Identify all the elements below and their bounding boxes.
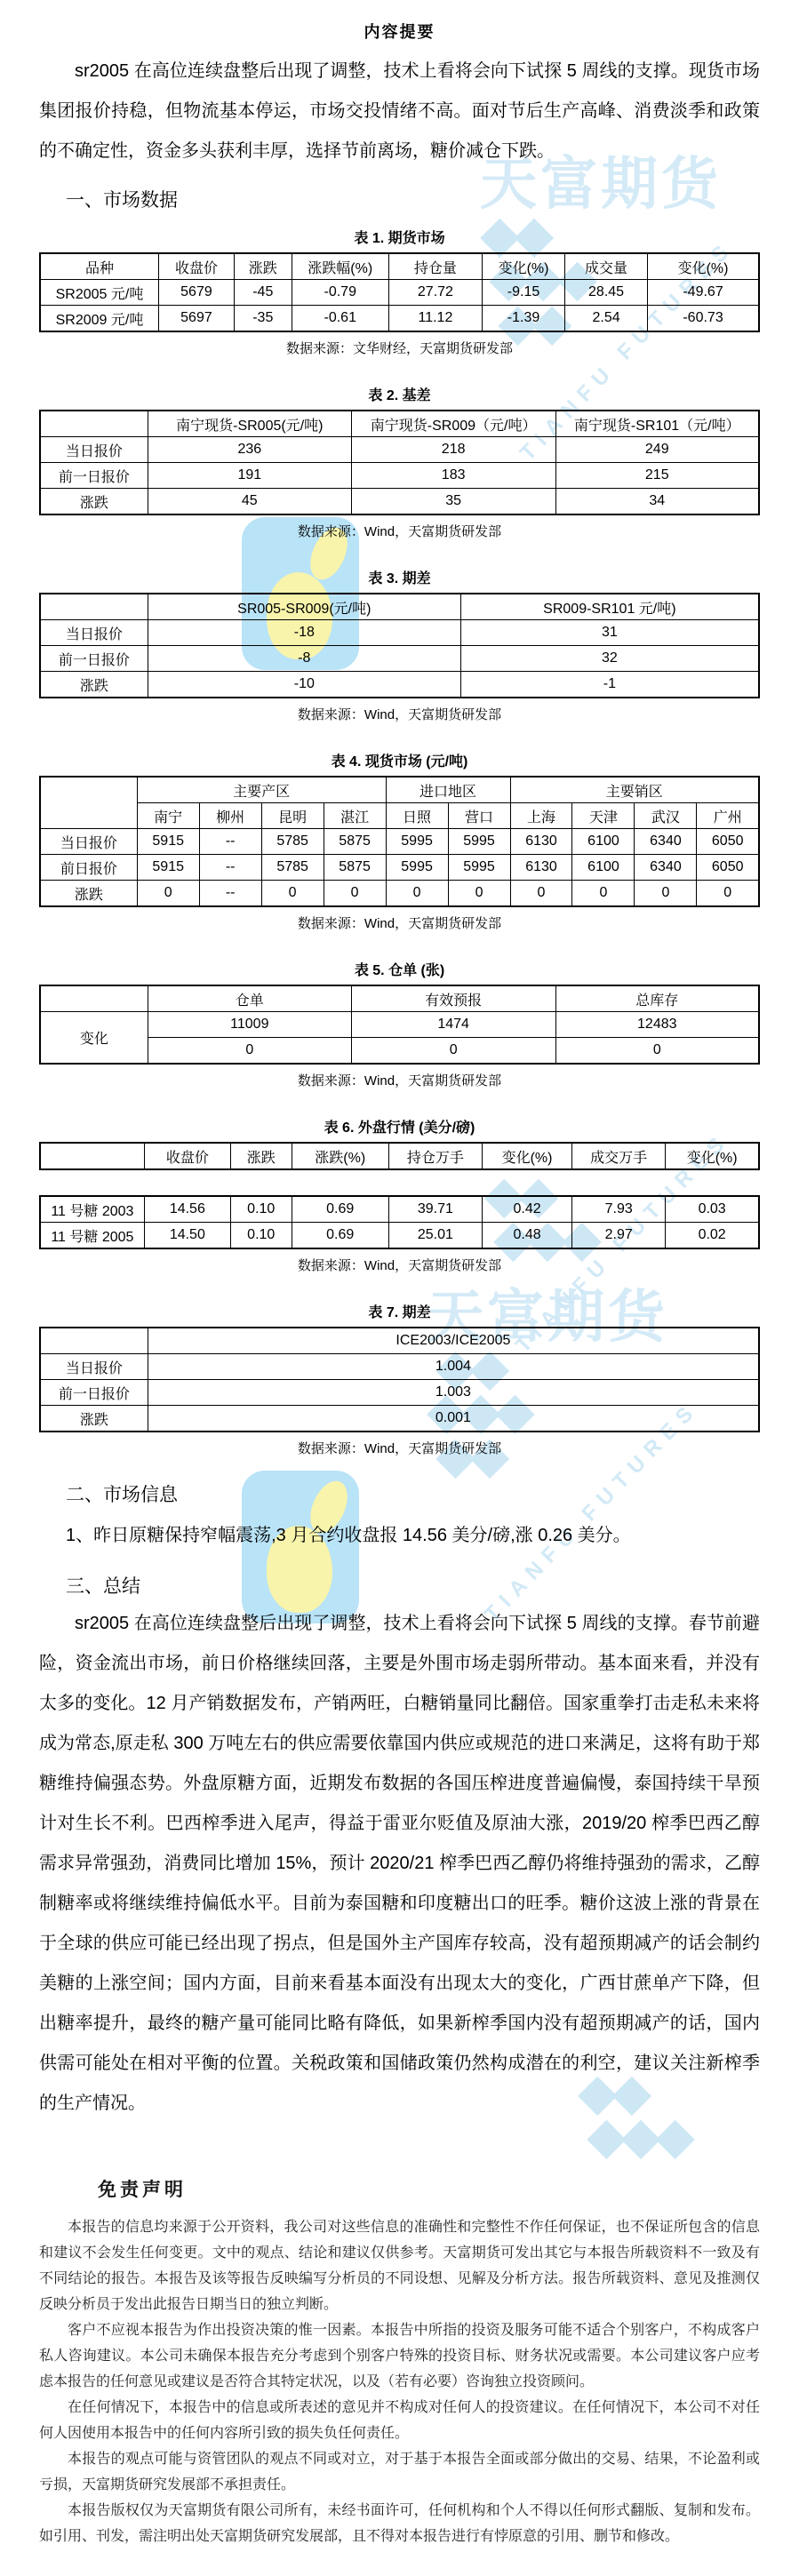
cell: 45 <box>148 489 351 515</box>
cell: SR2005 元/吨 <box>40 280 158 306</box>
table-row: 涨跌 45 35 34 <box>40 489 759 515</box>
cell: -49.67 <box>648 280 759 306</box>
cell: 昆明 <box>261 803 324 829</box>
cell: 涨跌幅(%) <box>292 253 388 280</box>
cell: -- <box>199 855 261 881</box>
section-heading-summary: 三、总结 <box>39 1572 760 1599</box>
disclaimer-paragraph: 在任何情况下，本报告中的信息或所表述的意见并不构成对任何人的投资建议。在任何情况… <box>39 2395 760 2446</box>
cell: 0 <box>635 881 697 907</box>
table-futures-market: 品种 收盘价 涨跌 涨跌幅(%) 持仓量 变化(%) 成交量 变化(%) SR2… <box>39 252 760 332</box>
cell: 涨跌 <box>40 672 148 698</box>
cell <box>40 777 137 829</box>
cell: 0.001 <box>148 1406 759 1432</box>
cell: 变化(%) <box>482 1143 571 1169</box>
table2-caption: 表 2. 基差 <box>39 384 760 404</box>
cell: 当日报价 <box>40 1354 148 1380</box>
cell: 变化(%) <box>483 253 565 280</box>
cell: -0.61 <box>292 306 388 332</box>
table-warehouse-receipts: 仓单 有效预报 总库存 变化 11009 1474 12483 0 0 0 <box>39 985 760 1065</box>
cell: 变化 <box>40 1012 148 1065</box>
cell: 涨跌 <box>40 1406 148 1432</box>
cell: 1474 <box>351 1012 555 1038</box>
cell: 南宁现货-SR005(元/吨) <box>148 411 351 437</box>
cell: -60.73 <box>648 306 759 332</box>
cell: -1 <box>460 672 759 698</box>
cell: 5995 <box>386 855 448 881</box>
cell: -45 <box>234 280 292 306</box>
table-row: 当日报价 1.004 <box>40 1354 759 1380</box>
report-page: 天富期货 ◆◆ ◆◆◆ ◆◆ TIANFU FUTURES ◆◆ ◆◆◆ TIA… <box>0 0 799 2576</box>
cell: 0 <box>148 1038 351 1065</box>
cell: SR009-SR101 元/吨) <box>460 594 759 620</box>
cell: 6130 <box>510 829 572 855</box>
table1-caption: 表 1. 期货市场 <box>39 227 760 247</box>
cell: 变化(%) <box>648 253 759 280</box>
cell: 5785 <box>261 829 324 855</box>
cell: 0 <box>572 881 635 907</box>
cell: 0.02 <box>666 1223 759 1249</box>
cell: 涨跌 <box>234 253 292 280</box>
cell: 前一日报价 <box>40 463 148 489</box>
cell: 0 <box>324 881 386 907</box>
table-row: 前日报价 5915 -- 5785 5875 5995 5995 6130 61… <box>40 855 759 881</box>
cell: 0 <box>510 881 572 907</box>
cell: 天津 <box>572 803 635 829</box>
cell: 柳州 <box>199 803 261 829</box>
cell: 1.004 <box>148 1354 759 1380</box>
cell: 236 <box>148 437 351 463</box>
table-ice-market-header: 收盘价 涨跌 涨跌(%) 持仓万手 变化(%) 成交万手 变化(%) <box>39 1142 760 1170</box>
cell: 成交量 <box>565 253 648 280</box>
cell: 6050 <box>697 829 759 855</box>
cell: 0 <box>137 881 199 907</box>
cell: -1.39 <box>483 306 565 332</box>
cell: 日照 <box>386 803 448 829</box>
table-row: 南宁 柳州 昆明 湛江 日照 营口 上海 天津 武汉 广州 <box>40 803 759 829</box>
cell: 5995 <box>448 855 510 881</box>
table-row: 品种 收盘价 涨跌 涨跌幅(%) 持仓量 变化(%) 成交量 变化(%) <box>40 253 759 280</box>
disclaimer-title: 免责声明 <box>39 2175 760 2202</box>
cell: 前日报价 <box>40 855 137 881</box>
cell: 14.56 <box>144 1196 230 1223</box>
cell: 215 <box>555 463 759 489</box>
cell: 191 <box>148 463 351 489</box>
cell: 上海 <box>510 803 572 829</box>
cell <box>40 1143 144 1169</box>
cell: -- <box>199 881 261 907</box>
cell: SR2009 元/吨 <box>40 306 158 332</box>
cell: 5875 <box>324 855 386 881</box>
cell: 27.72 <box>388 280 482 306</box>
table-ice-market-body: 11 号糖 2003 14.56 0.10 0.69 39.71 0.42 7.… <box>39 1195 760 1249</box>
table6-source: 数据来源：Wind，天富期货研发部 <box>39 1256 760 1274</box>
summary-paragraph: sr2005 在高位连续盘整后出现了调整，技术上看将会向下试探 5 周线的支撑。… <box>39 1604 760 2124</box>
cell: 5785 <box>261 855 324 881</box>
cell: 0.69 <box>292 1223 388 1249</box>
cell: 当日报价 <box>40 620 148 646</box>
cell: 218 <box>351 437 555 463</box>
cell: 2.97 <box>572 1223 666 1249</box>
cell: 2.54 <box>565 306 648 332</box>
table4-caption: 表 4. 现货市场 (元/吨) <box>39 750 760 770</box>
cell <box>40 411 148 437</box>
cell: 收盘价 <box>158 253 234 280</box>
table3-caption: 表 3. 期差 <box>39 567 760 587</box>
table-row: ICE2003/ICE2005 <box>40 1328 759 1354</box>
cell: 0 <box>261 881 324 907</box>
cell: 28.45 <box>565 280 648 306</box>
table-row: 当日报价 -18 31 <box>40 620 759 646</box>
cell: 0 <box>555 1038 759 1065</box>
cell: 进口地区 <box>386 777 510 803</box>
cell: ICE2003/ICE2005 <box>148 1328 759 1354</box>
cell: 有效预报 <box>351 985 555 1012</box>
cell: 5679 <box>158 280 234 306</box>
cell: 6130 <box>510 855 572 881</box>
table-row: SR005-SR009(元/吨) SR009-SR101 元/吨) <box>40 594 759 620</box>
table5-source: 数据来源：Wind，天富期货研发部 <box>39 1071 760 1089</box>
cell: -0.79 <box>292 280 388 306</box>
cell: 南宁现货-SR009（元/吨） <box>351 411 555 437</box>
table-row: 前一日报价 -8 32 <box>40 646 759 672</box>
table-row: 当日报价 236 218 249 <box>40 437 759 463</box>
cell: 5875 <box>324 829 386 855</box>
cell <box>40 985 148 1012</box>
cell: 6340 <box>635 829 697 855</box>
cell: 0.42 <box>482 1196 571 1223</box>
table-row: 南宁现货-SR005(元/吨) 南宁现货-SR009（元/吨） 南宁现货-SR1… <box>40 411 759 437</box>
cell: 前一日报价 <box>40 1380 148 1406</box>
cell <box>40 594 148 620</box>
cell: 11 号糖 2005 <box>40 1223 144 1249</box>
table2-source: 数据来源：Wind，天富期货研发部 <box>39 522 760 540</box>
cell: 32 <box>460 646 759 672</box>
table-row: 当日报价 5915 -- 5785 5875 5995 5995 6130 61… <box>40 829 759 855</box>
cell: 主要销区 <box>510 777 759 803</box>
cell: 1.003 <box>148 1380 759 1406</box>
cell: 5915 <box>137 829 199 855</box>
market-info-item: 1、昨日原糖保持窄幅震荡,3 月合约收盘报 14.56 美分/磅,涨 0.26 … <box>39 1516 760 1556</box>
table6-caption: 表 6. 外盘行情 (美分/磅) <box>39 1116 760 1136</box>
cell: 39.71 <box>388 1196 482 1223</box>
cell: 6100 <box>572 855 635 881</box>
cell: 0 <box>351 1038 555 1065</box>
table7-caption: 表 7. 期差 <box>39 1301 760 1321</box>
table-basis: 南宁现货-SR005(元/吨) 南宁现货-SR009（元/吨） 南宁现货-SR1… <box>39 410 760 515</box>
table-row: 11 号糖 2005 14.50 0.10 0.69 25.01 0.48 2.… <box>40 1223 759 1249</box>
cell: 11 号糖 2003 <box>40 1196 144 1223</box>
cell: 南宁 <box>137 803 199 829</box>
cell: 0 <box>386 881 448 907</box>
cell: 0.03 <box>666 1196 759 1223</box>
cell: 6100 <box>572 829 635 855</box>
table5-caption: 表 5. 仓单 (张) <box>39 959 760 979</box>
cell: 当日报价 <box>40 829 137 855</box>
table-row: 涨跌 0.001 <box>40 1406 759 1432</box>
cell: 南宁现货-SR101（元/吨） <box>555 411 759 437</box>
table4-source: 数据来源：Wind，天富期货研发部 <box>39 913 760 932</box>
cell: -9.15 <box>483 280 565 306</box>
cell: 涨跌 <box>230 1143 292 1169</box>
table-row: 11 号糖 2003 14.56 0.10 0.69 39.71 0.42 7.… <box>40 1196 759 1223</box>
cell: 持仓万手 <box>388 1143 482 1169</box>
cell: 0.69 <box>292 1196 388 1223</box>
disclaimer-paragraph: 本报告版权仅为天富期货有限公司所有，未经书面许可，任何机构和个人不得以任何形式翻… <box>39 2498 760 2549</box>
cell: 6340 <box>635 855 697 881</box>
table6-gap <box>39 1170 760 1195</box>
cell: 0 <box>697 881 759 907</box>
cell: 12483 <box>555 1012 759 1038</box>
table-row: 涨跌 -10 -1 <box>40 672 759 698</box>
table-row: 前一日报价 191 183 215 <box>40 463 759 489</box>
cell: -8 <box>148 646 460 672</box>
cell: 5995 <box>386 829 448 855</box>
cell: 31 <box>460 620 759 646</box>
section-heading-market-info: 二、市场信息 <box>39 1480 760 1507</box>
cell: 5995 <box>448 829 510 855</box>
cell: 6050 <box>697 855 759 881</box>
disclaimer-paragraph: 本报告的观点可能与资管团队的观点不同或对立，对于基于本报告全面或部分做出的交易、… <box>39 2446 760 2498</box>
cell: 0.48 <box>482 1223 571 1249</box>
cell: 34 <box>555 489 759 515</box>
cell: 25.01 <box>388 1223 482 1249</box>
cell: 品种 <box>40 253 158 280</box>
disclaimer-paragraph: 本报告的信息均来源于公开资料，我公司对这些信息的准确性和完整性不作任何保证，也不… <box>39 2214 760 2317</box>
cell: 广州 <box>697 803 759 829</box>
disclaimer-paragraph: 客户不应视本报告为作出投资决策的惟一因素。本报告中所指的投资及服务可能不适合个别… <box>39 2317 760 2395</box>
cell: SR005-SR009(元/吨) <box>148 594 460 620</box>
table-row: 仓单 有效预报 总库存 <box>40 985 759 1012</box>
cell: 35 <box>351 489 555 515</box>
cell: -35 <box>234 306 292 332</box>
table-row: 涨跌 0 -- 0 0 0 0 0 0 0 0 <box>40 881 759 907</box>
cell: 涨跌 <box>40 489 148 515</box>
cell: 0.10 <box>230 1223 292 1249</box>
page-title: 内容提要 <box>39 20 760 43</box>
cell: 主要产区 <box>137 777 386 803</box>
cell: 成交万手 <box>572 1143 666 1169</box>
cell: -- <box>199 829 261 855</box>
cell: 249 <box>555 437 759 463</box>
cell: 仓单 <box>148 985 351 1012</box>
table-row: 收盘价 涨跌 涨跌(%) 持仓万手 变化(%) 成交万手 变化(%) <box>40 1143 759 1169</box>
table1-source: 数据来源：文华财经，天富期货研发部 <box>39 339 760 357</box>
intro-paragraph: sr2005 在高位连续盘整后出现了调整，技术上看将会向下试探 5 周线的支撑。… <box>39 52 760 171</box>
table-calendar-spread: SR005-SR009(元/吨) SR009-SR101 元/吨) 当日报价 -… <box>39 593 760 698</box>
cell: 变化(%) <box>666 1143 759 1169</box>
cell: 5697 <box>158 306 234 332</box>
cell: 总库存 <box>555 985 759 1012</box>
cell: 前一日报价 <box>40 646 148 672</box>
table-row: SR2009 元/吨 5697 -35 -0.61 11.12 -1.39 2.… <box>40 306 759 332</box>
cell: 7.93 <box>572 1196 666 1223</box>
cell: 183 <box>351 463 555 489</box>
cell: 收盘价 <box>144 1143 230 1169</box>
table-row: SR2005 元/吨 5679 -45 -0.79 27.72 -9.15 28… <box>40 280 759 306</box>
cell: 武汉 <box>635 803 697 829</box>
cell: 当日报价 <box>40 437 148 463</box>
cell: 14.50 <box>144 1223 230 1249</box>
cell: 涨跌(%) <box>292 1143 388 1169</box>
table7-source: 数据来源：Wind，天富期货研发部 <box>39 1439 760 1457</box>
table-spot-market: 主要产区 进口地区 主要销区 南宁 柳州 昆明 湛江 日照 营口 上海 天津 武… <box>39 776 760 907</box>
cell: -10 <box>148 672 460 698</box>
table-ice-spread: ICE2003/ICE2005 当日报价 1.004 前一日报价 1.003 涨… <box>39 1327 760 1432</box>
section-heading-market-data: 一、市场数据 <box>39 186 760 212</box>
cell: 涨跌 <box>40 881 137 907</box>
cell: -18 <box>148 620 460 646</box>
table-row: 前一日报价 1.003 <box>40 1380 759 1406</box>
cell: 0.10 <box>230 1196 292 1223</box>
table-row: 0 0 0 <box>40 1038 759 1065</box>
cell <box>40 1328 148 1354</box>
table-row: 变化 11009 1474 12483 <box>40 1012 759 1038</box>
cell: 11009 <box>148 1012 351 1038</box>
cell: 营口 <box>448 803 510 829</box>
cell: 0 <box>448 881 510 907</box>
cell: 5915 <box>137 855 199 881</box>
table3-source: 数据来源：Wind，天富期货研发部 <box>39 705 760 723</box>
table-row: 主要产区 进口地区 主要销区 <box>40 777 759 803</box>
cell: 持仓量 <box>388 253 482 280</box>
cell: 11.12 <box>388 306 482 332</box>
cell: 湛江 <box>324 803 386 829</box>
